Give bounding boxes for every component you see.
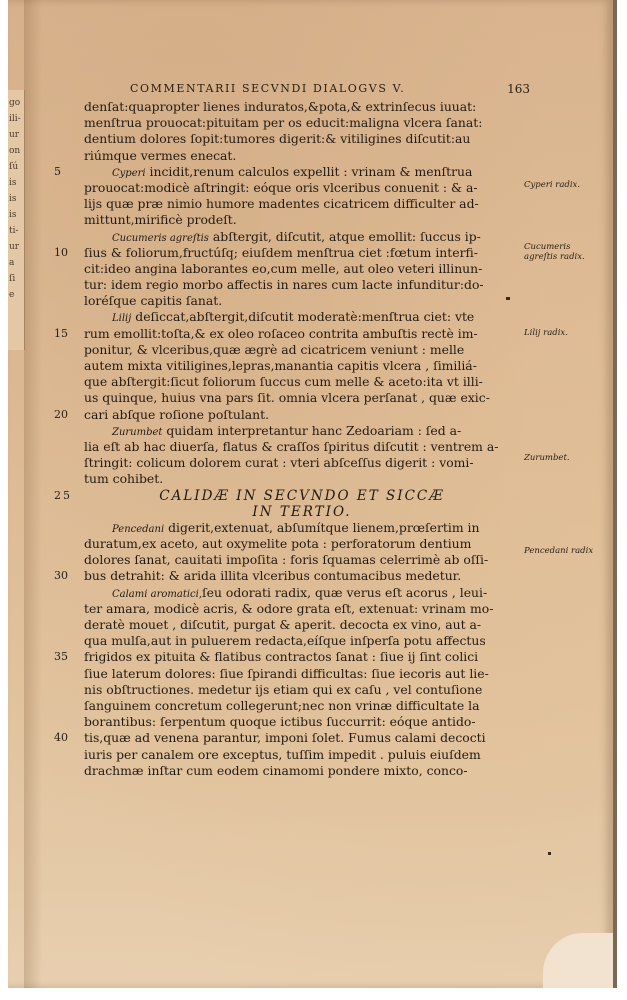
line-text: menſtrua prouocat:pituitam per os educit… — [84, 115, 482, 130]
line-text: loréſque capitis ſanat. — [84, 293, 222, 308]
entry-lead-term: Zurumbet — [112, 427, 162, 438]
line-text: prouocat:modicè aſtringit: eóque oris vl… — [84, 180, 478, 195]
line-text: frigidos ex pituita & flatibus contracto… — [84, 649, 478, 664]
line-text: rum emollit:toſta,& ex oleo roſaceo cont… — [84, 326, 478, 341]
text-line: nis obſtructiones. medetur ijs etiam qui… — [84, 682, 520, 698]
line-text: cit:ideo angina laborantes eo,cum melle,… — [84, 261, 482, 276]
section-heading-line2: IN TERTIO. — [84, 504, 520, 520]
line-text: qua mulſa,aut in puluerem redacta,eíſque… — [84, 633, 486, 648]
ink-speck — [548, 852, 551, 855]
line-text: ſiue laterum dolores: ſiue ſpirandi diff… — [84, 666, 489, 681]
text-line: dolores ſanat, cauitati impoſita : foris… — [84, 552, 520, 568]
line-text: lia eſt ab hac diuerſa, flatus & craſſos… — [84, 439, 498, 454]
text-line: ſiue laterum dolores: ſiue ſpirandi diff… — [84, 666, 520, 682]
line-text: ſeu odorati radix, quæ verus eſt acorus … — [202, 585, 487, 600]
text-line: mittunt,mirificè prodeſt. — [84, 212, 520, 228]
text-line: lijs quæ præ nimio humore madentes cicat… — [84, 196, 520, 212]
line-number: 10 — [54, 245, 78, 261]
text-line: riúmque vermes enecat. — [84, 148, 520, 164]
underlying-page-text: ti- — [9, 226, 19, 236]
underlying-page-text: ur — [9, 130, 19, 140]
margin-note: Cucumeris agreſtis radix. — [524, 242, 604, 262]
line-text: autem mixta vitiligines,lepras,manantia … — [84, 358, 477, 373]
underlying-page-text: on — [9, 146, 20, 156]
gutter-shadow — [24, 0, 42, 988]
margin-note: Lilij radix. — [524, 328, 604, 338]
line-number: 40 — [54, 730, 78, 746]
line-text: nis obſtructiones. medetur ijs etiam qui… — [84, 682, 482, 697]
entry-lead-term: Cucumeris agreſtis — [112, 233, 209, 244]
text-line: Zurumbet quidam interpretantur hanc Zedo… — [84, 423, 520, 439]
text-line: Calami aromatici,ſeu odorati radix, quæ … — [84, 585, 520, 601]
text-line: duratum,ex aceto, aut oxymelite pota : p… — [84, 536, 520, 552]
underlying-page-text: e — [9, 290, 14, 300]
line-text: dolores ſanat, cauitati impoſita : foris… — [84, 552, 488, 567]
line-text: quidam interpretantur hanc Zedoariam : ſ… — [162, 423, 461, 438]
text-line: 10ſius & foliorum,fructúſq; eiuſdem menſ… — [84, 245, 520, 261]
text-line: borantibus: ſerpentum quoque ictibus ſuc… — [84, 714, 520, 730]
line-text: denſat:quapropter lienes induratos,&pota… — [84, 99, 476, 114]
line-number: 30 — [54, 568, 78, 584]
entry-lead-term: Calami aromatici, — [112, 589, 202, 600]
line-text: duratum,ex aceto, aut oxymelite pota : p… — [84, 536, 471, 551]
text-line: ſanguinem concretum collegerunt;nec non … — [84, 698, 520, 714]
entry-lead-term: Cyperi — [112, 168, 146, 179]
text-line: denſat:quapropter lienes induratos,&pota… — [84, 99, 520, 115]
text-line: 40tis,quæ ad venena parantur, imponi ſol… — [84, 730, 520, 746]
underlying-page-text: ſi — [9, 274, 15, 284]
text-line: drachmæ inſtar cum eodem cinamomi ponder… — [84, 763, 520, 779]
line-text: tur: idem regio morbo affectis in nares … — [84, 277, 484, 292]
margin-note: Cyperi radix. — [524, 180, 604, 190]
text-line: us quinque, huius vna pars ſit. omnia vl… — [84, 390, 520, 406]
line-number: 15 — [54, 326, 78, 342]
line-text: riúmque vermes enecat. — [84, 148, 236, 163]
line-text: dentium dolores ſopit:tumores digerit:& … — [84, 131, 470, 146]
text-line: Lilij deſiccat,abſtergit,diſcutit modera… — [84, 309, 520, 325]
margin-note: Pencedani radix — [524, 546, 604, 556]
running-header: COMMENTARII SECVNDI DIALOGVS V. 163 — [130, 82, 530, 96]
underlying-page-text: is — [9, 194, 17, 204]
line-text: mittunt,mirificè prodeſt. — [84, 212, 237, 227]
line-text: ponitur, & vlceribus,quæ ægrè ad cicatri… — [84, 342, 464, 357]
text-line: autem mixta vitiligines,lepras,manantia … — [84, 358, 520, 374]
line-text: cari abſque roſione poſtulant. — [84, 407, 269, 422]
line-number: 5 — [54, 164, 78, 180]
line-text: tum cohibet. — [84, 471, 163, 486]
text-line: prouocat:modicè aſtringit: eóque oris vl… — [84, 180, 520, 196]
entry-lead-term: Pencedani — [112, 524, 164, 535]
line-text: lijs quæ præ nimio humore madentes cicat… — [84, 196, 479, 211]
text-line: deratè mouet , diſcutit, purgat & aperit… — [84, 617, 520, 633]
underlying-page-strip: goili-uronſúisisisti-uraſie — [8, 90, 25, 350]
line-text: tis,quæ ad venena parantur, imponi ſolet… — [84, 730, 486, 745]
line-text: deratè mouet , diſcutit, purgat & aperit… — [84, 617, 481, 632]
text-line: 35frigidos ex pituita & flatibus contrac… — [84, 649, 520, 665]
text-line: 20cari abſque roſione poſtulant. — [84, 407, 520, 423]
line-text: us quinque, huius vna pars ſit. omnia vl… — [84, 390, 490, 405]
underlying-page-text: a — [9, 258, 14, 268]
text-line: 5Cyperi incidit,renum calculos expellit … — [84, 164, 520, 180]
line-text: deſiccat,abſtergit,diſcutit moderatè:men… — [131, 309, 474, 324]
text-line: cit:ideo angina laborantes eo,cum melle,… — [84, 261, 520, 277]
body-text: denſat:quapropter lienes induratos,&pota… — [84, 99, 520, 779]
margin-note: Zurumbet. — [524, 453, 604, 463]
line-text: digerit,extenuat, abſumítque lienem,prœſ… — [164, 520, 479, 535]
underlying-page-text: go — [9, 98, 20, 108]
line-text: borantibus: ſerpentum quoque ictibus ſuc… — [84, 714, 476, 729]
text-line: 30bus detrahit: & arida illita vlceribus… — [84, 568, 520, 584]
text-line: menſtrua prouocat:pituitam per os educit… — [84, 115, 520, 131]
line-text: que abſtergit:ſicut foliorum ſuccus cum … — [84, 374, 483, 389]
line-text: drachmæ inſtar cum eodem cinamomi ponder… — [84, 763, 468, 778]
text-line: que abſtergit:ſicut foliorum ſuccus cum … — [84, 374, 520, 390]
section-heading: 25CALIDÆ IN SECVNDO ET SICCÆ — [84, 488, 520, 504]
text-line: ſtringit: colicum dolorem curat : vteri … — [84, 455, 520, 471]
text-line: loréſque capitis ſanat. — [84, 293, 520, 309]
text-line: lia eſt ab hac diuerſa, flatus & craſſos… — [84, 439, 520, 455]
text-line: iuris per canalem ore exceptus, tuſſim i… — [84, 747, 520, 763]
text-line: qua mulſa,aut in puluerem redacta,eíſque… — [84, 633, 520, 649]
underlying-page-text: is — [9, 210, 17, 220]
line-text: incidit,renum calculos expellit : vrinam… — [146, 164, 473, 179]
line-text: ter amara, modicè acris, & odore grata e… — [84, 601, 493, 616]
line-text: abſtergit, diſcutit, atque emollit: ſucc… — [209, 229, 481, 244]
underlying-page-text: ili- — [9, 114, 21, 124]
text-line: 15rum emollit:toſta,& ex oleo roſaceo co… — [84, 326, 520, 342]
line-number: 35 — [54, 649, 78, 665]
text-line: ter amara, modicè acris, & odore grata e… — [84, 601, 520, 617]
entry-lead-term: Lilij — [112, 313, 131, 324]
line-text: ſanguinem concretum collegerunt;nec non … — [84, 698, 480, 713]
text-line: dentium dolores ſopit:tumores digerit:& … — [84, 131, 520, 147]
underlying-page-text: ſú — [9, 162, 18, 172]
text-line: tum cohibet. — [84, 471, 520, 487]
text-line: Pencedani digerit,extenuat, abſumítque l… — [84, 520, 520, 536]
text-line: ponitur, & vlceribus,quæ ægrè ad cicatri… — [84, 342, 520, 358]
line-text: bus detrahit: & arida illita vlceribus c… — [84, 568, 461, 583]
page-number: 163 — [507, 82, 530, 96]
section-heading-line1: CALIDÆ IN SECVNDO ET SICCÆ — [159, 488, 445, 504]
line-text: iuris per canalem ore exceptus, tuſſim i… — [84, 747, 481, 762]
underlying-page-text: ur — [9, 242, 19, 252]
text-line: tur: idem regio morbo affectis in nares … — [84, 277, 520, 293]
line-number: 25 — [54, 488, 78, 504]
line-text: ſtringit: colicum dolorem curat : vteri … — [84, 455, 474, 470]
underlying-page-text: is — [9, 178, 17, 188]
line-number: 20 — [54, 407, 78, 423]
running-title: COMMENTARII SECVNDI DIALOGVS V. — [130, 82, 405, 95]
line-text: ſius & foliorum,fructúſq; eiuſdem menſtr… — [84, 245, 478, 260]
text-line: Cucumeris agreſtis abſtergit, diſcutit, … — [84, 229, 520, 245]
